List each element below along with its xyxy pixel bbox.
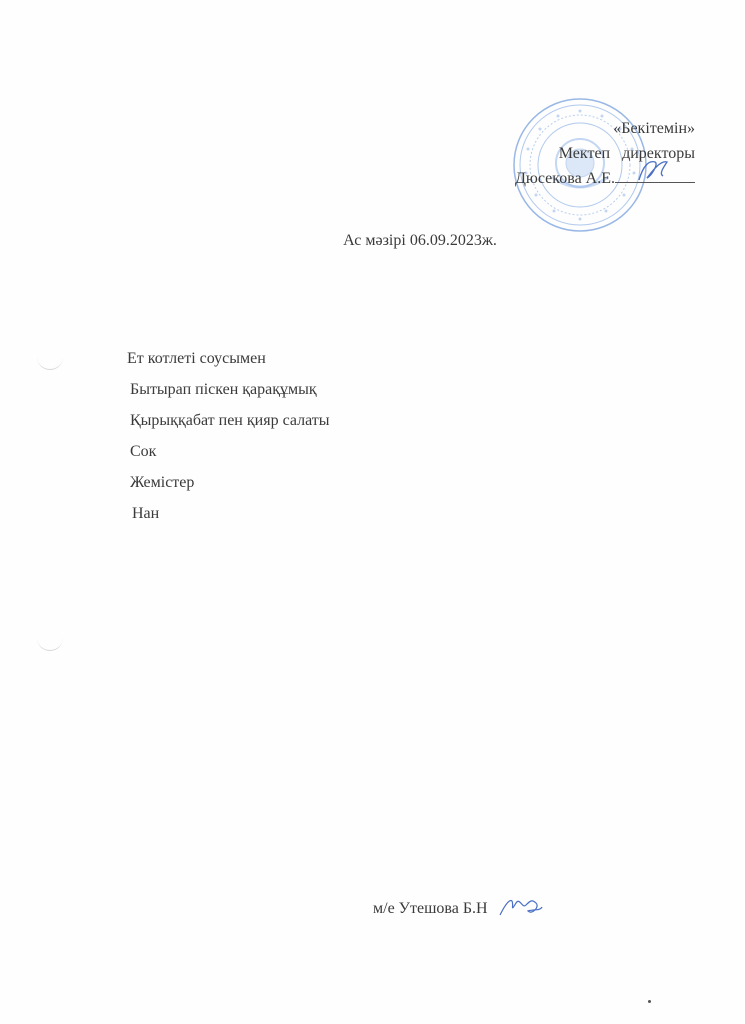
approval-block: «Бекітемін» Мектеп директоры Дюсекова А.… [515,116,695,191]
menu-title: Ас мәзірі 06.09.2023ж. [0,232,745,250]
approval-heading: «Бекітемін» [515,116,695,141]
nurse-name: м/е Утешова Б.Н [373,900,488,917]
director-signature-icon [633,156,673,186]
scanned-page: «Бекітемін» Мектеп директоры Дюсекова А.… [0,0,745,1024]
menu-item: Нан [132,504,330,531]
punch-hole-mark [37,355,63,370]
menu-item: Жемістер [130,473,330,500]
menu-item: Қырыққабат пен қияр салаты [130,411,330,438]
punch-hole-mark [37,636,63,651]
nurse-signature-icon [496,895,546,919]
footer-signature-block: м/е Утешова Б.Н [373,895,546,919]
menu-item: Ет котлеті соусымен [127,349,330,376]
signature-line [615,168,695,183]
menu-item: Сок [130,442,330,469]
menu-item: Бытырап піскен қарақұмық [130,380,330,407]
approver-name: Дюсекова А.Е. [515,170,615,187]
scan-speck [648,1000,651,1003]
menu-list: Ет котлеті соусымен Бытырап піскен қарақ… [130,349,330,535]
approval-name-line: Дюсекова А.Е. [515,166,695,191]
